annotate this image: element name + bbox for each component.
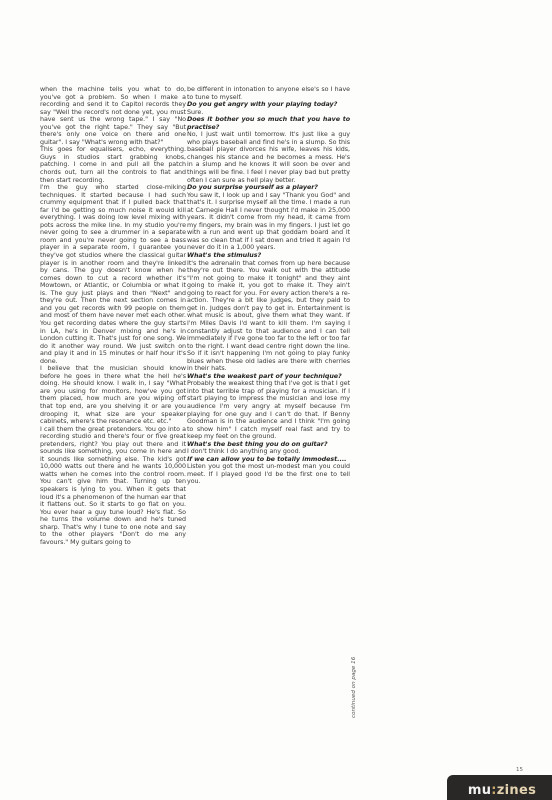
paragraph: be different in intonation to anyone els… — [187, 86, 350, 101]
interview-question: If we can allow you to be totally immode… — [187, 456, 350, 464]
paragraph: You saw it, I look up and I say "Thank y… — [187, 192, 350, 252]
paragraph: No, I just wait until tomorrow. It's jus… — [187, 131, 350, 184]
continued-on-note: continued on page 16 — [351, 657, 357, 718]
page-number: 15 — [516, 767, 523, 773]
paragraph: when the machine tells you what to do, y… — [40, 86, 186, 146]
interview-question: Do you surprise yourself as a player? — [187, 184, 350, 192]
logo-text-zines: zines — [497, 783, 536, 798]
article-left-column: when the machine tells you what to do, y… — [40, 86, 186, 546]
interview-question: What's the best thing you do on guitar? — [187, 441, 350, 449]
paragraph: Listen you got the most un-modest man yo… — [187, 463, 350, 486]
article-right-column: be different in intonation to anyone els… — [187, 86, 350, 486]
logo-text-mu: mu — [468, 783, 491, 798]
paragraph: I call them the great pretenders. You go… — [40, 426, 186, 547]
interview-question: Does it bother you so much that you have… — [187, 116, 350, 131]
interview-question: What's the stimulus? — [187, 252, 350, 260]
interview-question: Do you get angry with your playing today… — [187, 101, 350, 109]
paragraph: Probably the weakest thing that I've got… — [187, 380, 350, 440]
paragraph: This goes for equalisers, echo, everythi… — [40, 146, 186, 184]
paragraph: I believe that the musician should know … — [40, 365, 186, 425]
paragraph: I don't think I do anything any good. — [187, 448, 350, 456]
paragraph: It's the adrenalin that comes from up he… — [187, 260, 350, 373]
interview-question: What's the weakest part of your techniqu… — [187, 373, 350, 381]
muzines-logo[interactable]: mu:zines — [447, 775, 552, 800]
paragraph: I'm the guy who started close-miking tec… — [40, 184, 186, 365]
